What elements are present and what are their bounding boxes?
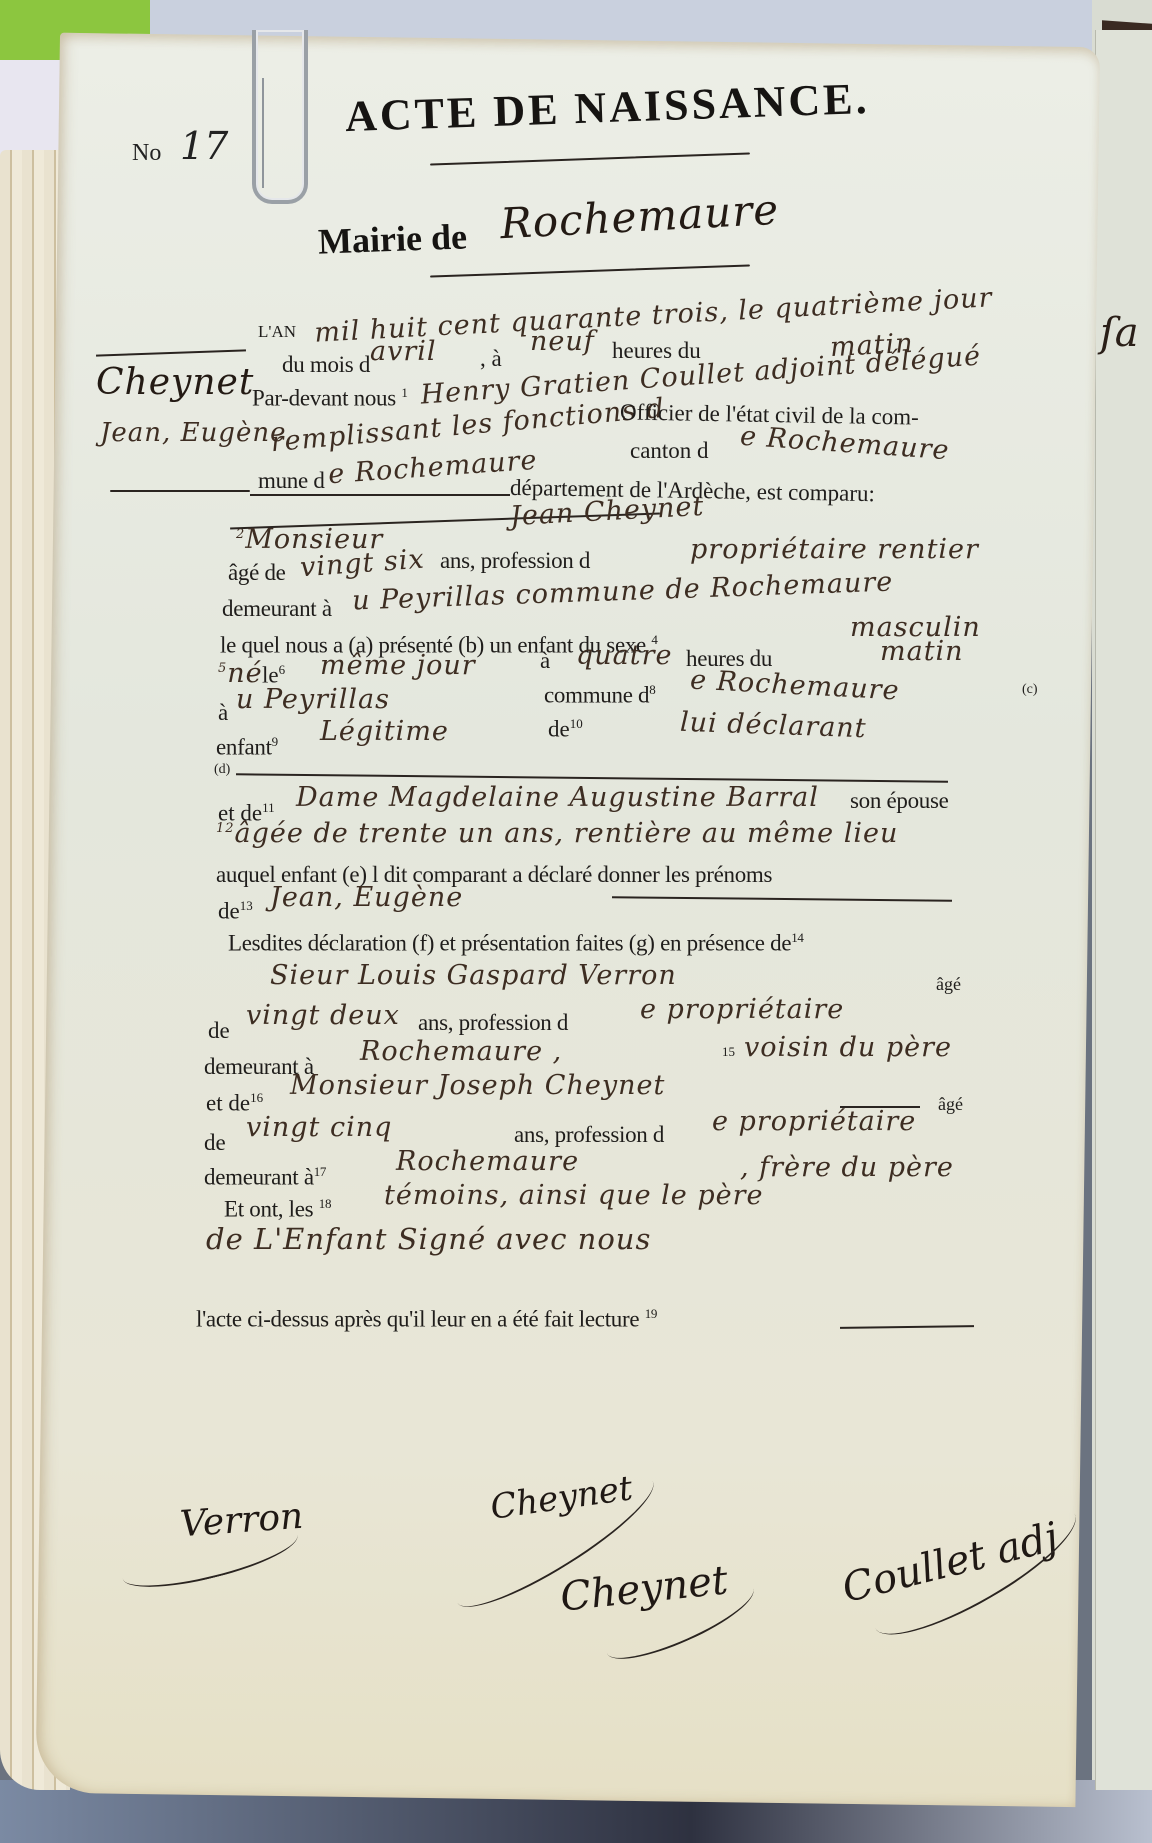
printed-enfant-text: enfant (216, 735, 272, 760)
blank-rule (250, 494, 510, 496)
printed-age-de: âgé de (228, 560, 286, 586)
printed-de-w1: de (208, 1018, 230, 1044)
hand-matin-2: matin (880, 636, 964, 667)
hand-birthplace: u Peyrillas (236, 684, 390, 715)
printed-lesdites-text: Lesdites déclaration (f) et présentation… (228, 931, 791, 956)
printed-a: , à (480, 346, 502, 372)
hand-witness1-relation: voisin du père (744, 1032, 952, 1063)
hand-birth-hour: quatre (576, 640, 673, 671)
printed-profession-w2: ans, profession d (514, 1122, 664, 1148)
hand-witness1-profession: e propriétaire (640, 994, 844, 1025)
printed-demeurant: demeurant à (222, 596, 332, 622)
hand-witness2-relation: , frère du père (740, 1152, 954, 1183)
printed-lecture-text: l'acte ci-dessus après qu'il leur en a é… (196, 1307, 639, 1332)
hand-temoins: témoins, ainsi que le père (384, 1180, 764, 1211)
hand-commune: e Rochemaure (327, 445, 538, 491)
footnote-marker: 1 (401, 385, 407, 400)
footnote-marker-15: 15 (722, 1044, 735, 1060)
printed-de-w2: de (204, 1130, 226, 1156)
hand-month: avril (370, 336, 437, 367)
footnote-marker: 5 (218, 661, 227, 676)
hand-witness2-residence: Rochemaure (396, 1146, 579, 1177)
footnote-marker: 13 (240, 898, 253, 913)
printed-lan: L'AN (258, 322, 296, 342)
printed-a-2: à (218, 700, 228, 726)
printed-et-de-16-text: et de (206, 1091, 250, 1116)
printed-enfant: enfant9 (216, 734, 278, 761)
printed-canton: canton d (630, 438, 709, 464)
footnote-marker: 2 (236, 527, 245, 542)
blank-rule-lecture (840, 1325, 974, 1329)
hand-witness1-age: vingt deux (246, 1000, 400, 1031)
printed-et-ont: Et ont, les 18 (224, 1196, 331, 1223)
footnote-marker: 11 (262, 800, 275, 815)
footnote-marker: 16 (250, 1090, 263, 1105)
printed-a-heure: à (540, 648, 550, 674)
printed-profession: ans, profession d (440, 548, 590, 574)
printed-mune: mune d (258, 468, 325, 494)
footnote-marker: 8 (649, 682, 655, 697)
blank-rule-names (612, 896, 952, 902)
hand-witness2-age: vingt cinq (246, 1112, 392, 1143)
hand-mother-name: Dame Magdelaine Augustine Barral (296, 782, 819, 813)
printed-du-mois: du mois d (282, 352, 370, 378)
hand-witness2-profession: e propriétaire (712, 1106, 916, 1137)
printed-profession-w1: ans, profession d (418, 1010, 568, 1036)
hand-child-names: Jean, Eugène (270, 882, 463, 913)
hand-signature-clause: de L'Enfant Signé avec nous (206, 1222, 651, 1256)
printed-par-devant-text: Par-devant nous (252, 386, 396, 411)
footnote-marker: 6 (279, 662, 286, 677)
printed-de-13-text: de (218, 899, 240, 924)
footnote-marker: 14 (791, 930, 803, 945)
printed-lesdites: Lesdites déclaration (f) et présentation… (228, 930, 804, 957)
printed-et-ont-text: Et ont, les (224, 1197, 313, 1222)
printed-commune-d-text: commune d (544, 683, 649, 708)
printed-note-d: (d) (214, 762, 230, 778)
hand-birth-commune: e Rochemaure (689, 665, 900, 707)
printed-age-2: âgé (938, 1094, 963, 1115)
hand-birth-day: même jour (320, 650, 476, 681)
footnote-marker: 19 (645, 1306, 657, 1321)
hand-legitimacy: Légitime (320, 716, 449, 747)
footnote-marker: 18 (319, 1196, 331, 1211)
printed-son-epouse: son épouse (850, 788, 949, 814)
hand-witness1-name: Sieur Louis Gaspard Verron (270, 960, 677, 991)
hand-mother-details-text: âgée de trente un ans, rentière au même … (235, 818, 899, 849)
hand-profession: propriétaire rentier (690, 534, 979, 565)
hand-witness2-name: Monsieur Joseph Cheynet (290, 1070, 665, 1101)
hand-hour: neuf (530, 326, 595, 357)
printed-par-devant: Par-devant nous 1 (252, 385, 408, 412)
printed-demeurant-17-text: demeurant à (204, 1165, 314, 1190)
printed-de-13: de13 (218, 898, 253, 925)
hand-residence: u Peyrillas commune de Rochemaure (352, 567, 894, 617)
hand-father: lui déclarant (680, 707, 868, 744)
printed-lecture: l'acte ci-dessus après qu'il leur en a é… (196, 1306, 657, 1333)
hand-canton: e Rochemaure (739, 421, 950, 467)
footnote-marker: 12 (216, 821, 235, 836)
printed-de-text: de (548, 717, 570, 742)
hand-witness1-residence: Rochemaure , (360, 1036, 562, 1067)
printed-commune-d: commune d8 (544, 682, 655, 709)
printed-note-c: (c) (1022, 682, 1038, 698)
footnote-marker: 10 (570, 716, 583, 731)
footnote-marker: 17 (314, 1164, 326, 1179)
footnote-marker: 9 (272, 734, 278, 749)
printed-de-10: de10 (548, 716, 583, 743)
printed-demeurant-17: demeurant à17 (204, 1164, 326, 1191)
printed-age-1: âgé (936, 974, 961, 995)
hand-mother-details: 12âgée de trente un ans, rentière au mêm… (216, 818, 898, 849)
